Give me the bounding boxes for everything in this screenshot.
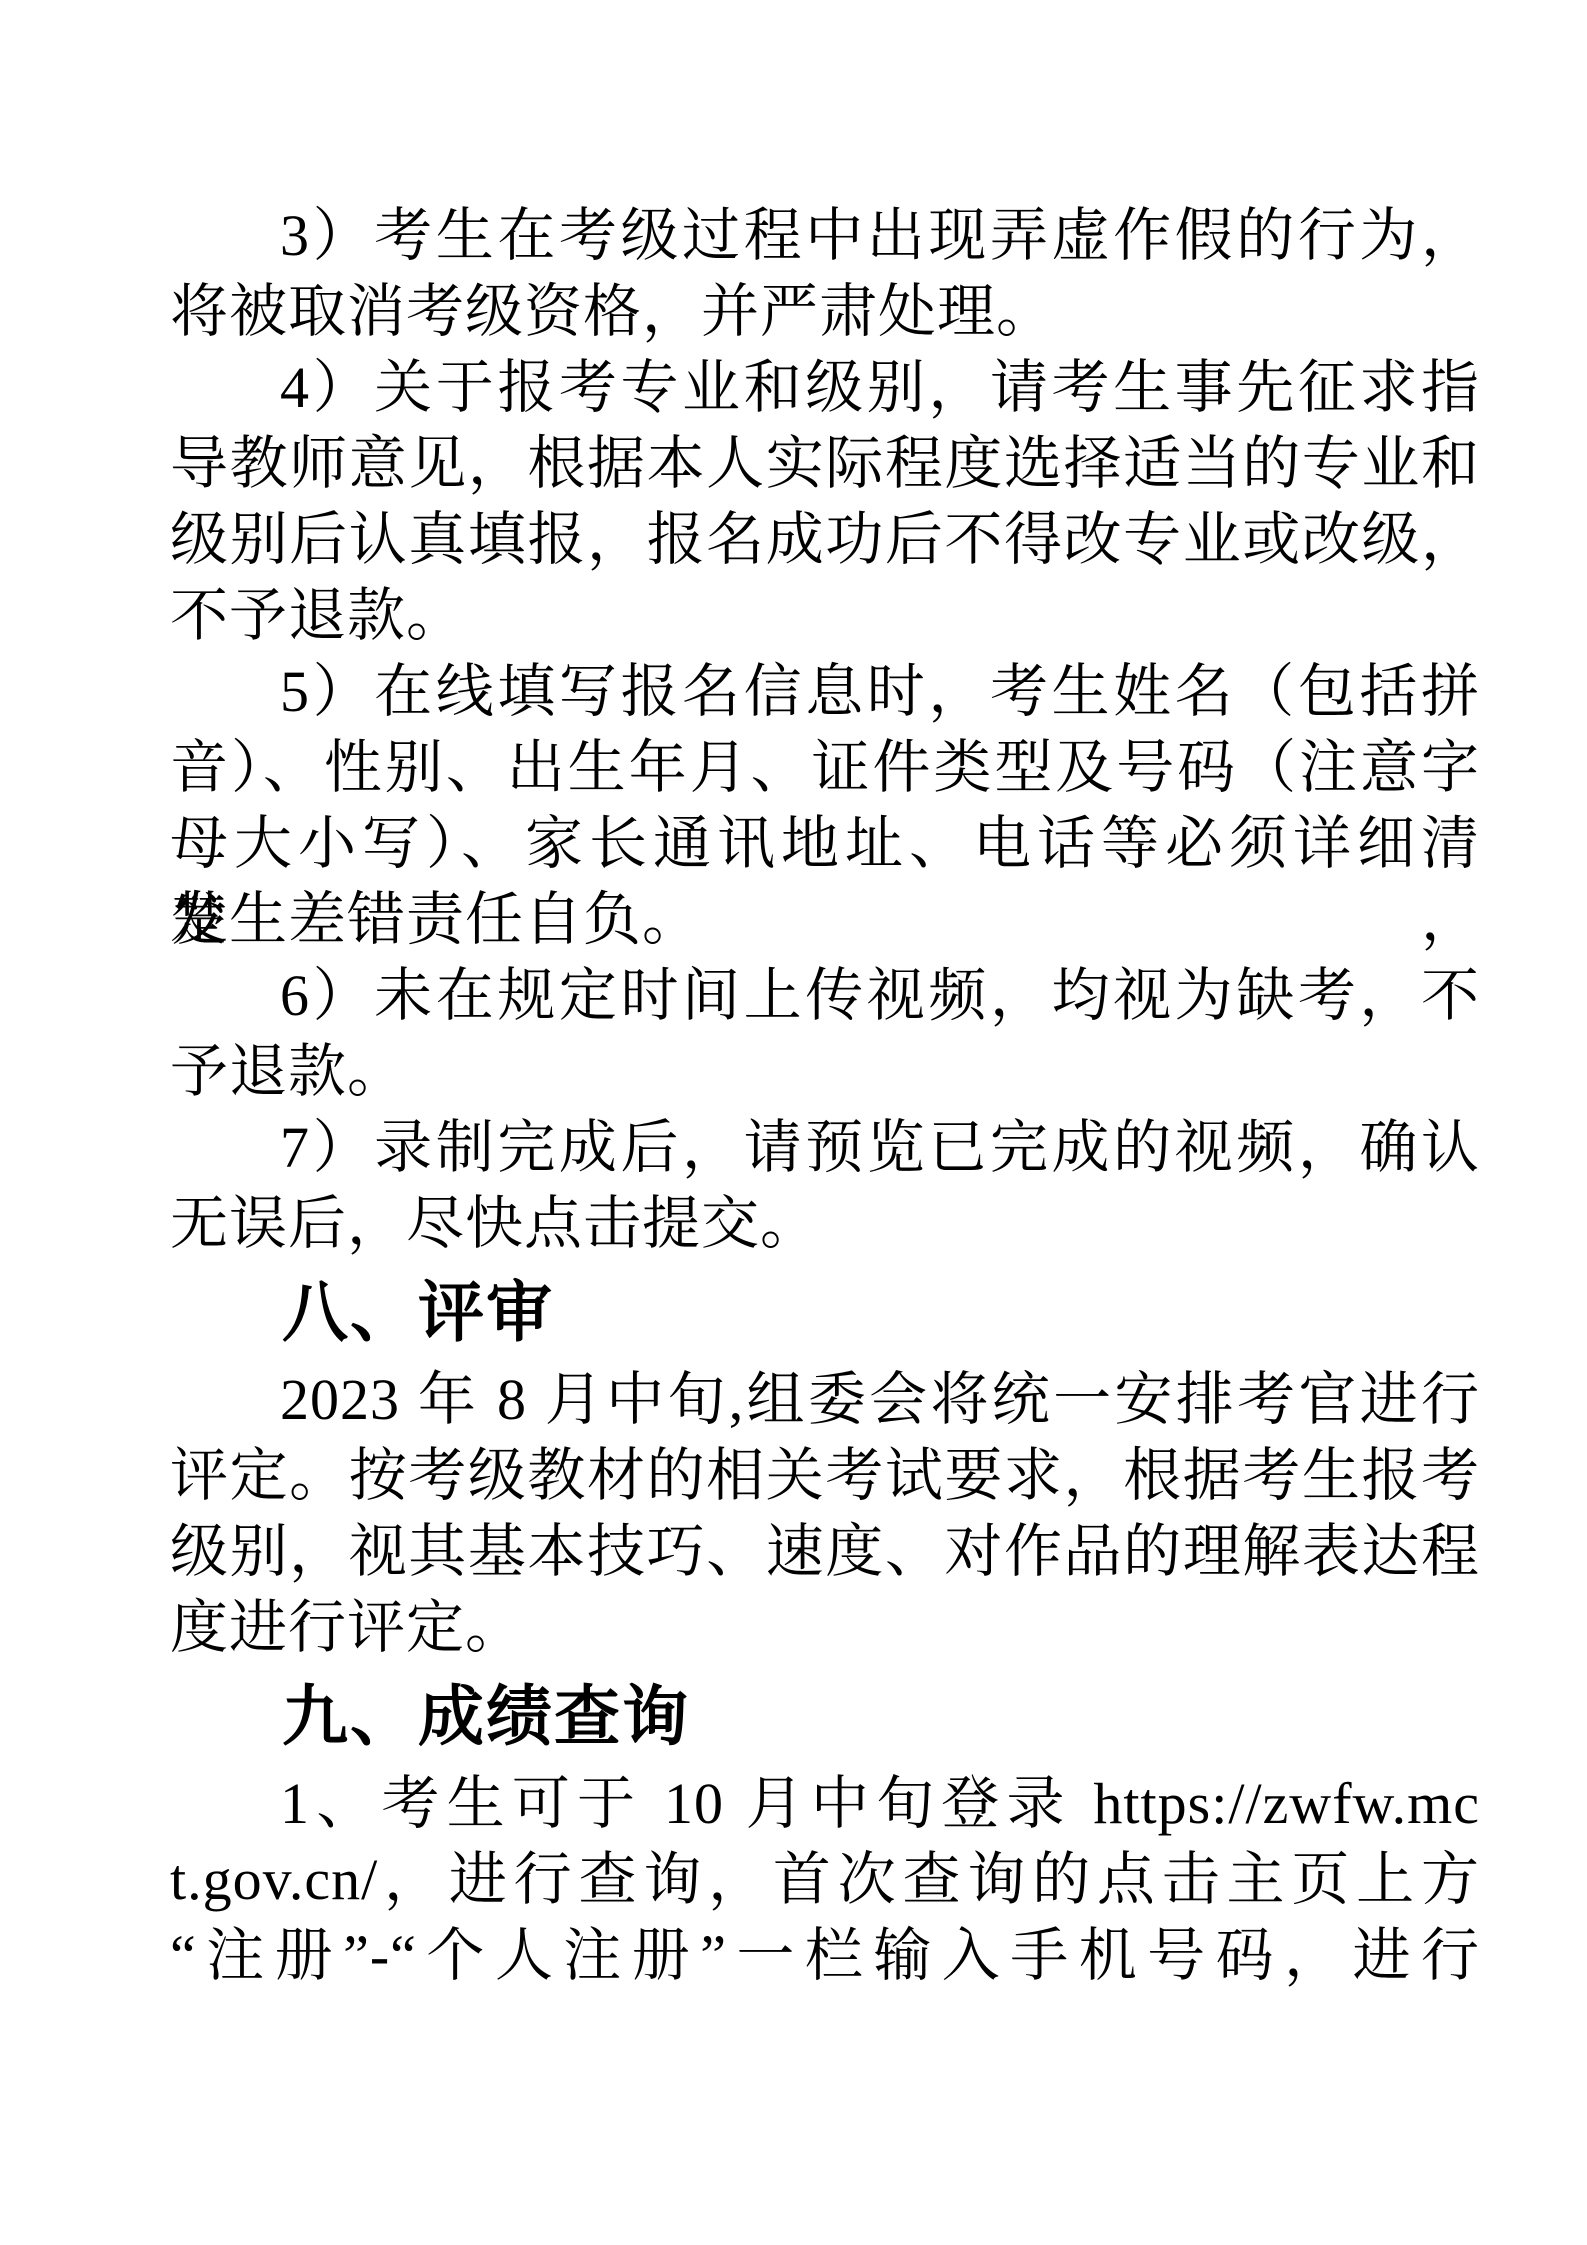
paragraph-item-6: 6）未在规定时间上传视频，均视为缺考，不 予退款。	[170, 958, 1480, 1110]
paragraph-item-5: 5）在线填写报名信息时，考生姓名（包括拼 音）、性别、出生年月、证件类型及号码（…	[170, 654, 1480, 958]
document-line: 予退款。	[170, 1034, 1480, 1110]
document-line: 7）录制完成后，请预览已完成的视频，确认	[170, 1110, 1480, 1186]
paragraph-item-3: 3）考生在考级过程中出现弄虚作假的行为， 将被取消考级资格，并严肃处理。	[170, 198, 1480, 350]
document-line: 2023 年 8 月中旬,组委会将统一安排考官进行	[170, 1362, 1480, 1438]
document-line: 级别后认真填报，报名成功后不得改专业或改级，	[170, 502, 1480, 578]
document-line: 无误后，尽快点击提交。	[170, 1186, 1480, 1262]
document-line: 母大小写）、家长通讯地址、电话等必须详细清楚，	[170, 806, 1480, 882]
document-line: t.gov.cn/，进行查询，首次查询的点击主页上方	[170, 1842, 1480, 1918]
document-line: 不予退款。	[170, 578, 1480, 654]
document-line: 导教师意见，根据本人实际程度选择适当的专业和	[170, 426, 1480, 502]
document-line: “注册”-“个人注册”一栏输入手机号码，进行	[170, 1918, 1480, 1994]
paragraph-item-4: 4）关于报考专业和级别，请考生事先征求指 导教师意见，根据本人实际程度选择适当的…	[170, 350, 1480, 654]
document-line: 3）考生在考级过程中出现弄虚作假的行为，	[170, 198, 1480, 274]
document-line: 音）、性别、出生年月、证件类型及号码（注意字	[170, 730, 1480, 806]
document-line: 级别，视其基本技巧、速度、对作品的理解表达程	[170, 1514, 1480, 1590]
document-line: 度进行评定。	[170, 1590, 1480, 1666]
document-line: 5）在线填写报名信息时，考生姓名（包括拼	[170, 654, 1480, 730]
paragraph-section-8-body: 2023 年 8 月中旬,组委会将统一安排考官进行 评定。按考级教材的相关考试要…	[170, 1362, 1480, 1666]
document-line: 4）关于报考专业和级别，请考生事先征求指	[170, 350, 1480, 426]
document-line: 1、考生可于 10 月中旬登录 https://zwfw.mc	[170, 1766, 1480, 1842]
document-line: 6）未在规定时间上传视频，均视为缺考，不	[170, 958, 1480, 1034]
paragraph-item-7: 7）录制完成后，请预览已完成的视频，确认 无误后，尽快点击提交。	[170, 1110, 1480, 1262]
paragraph-section-9-body: 1、考生可于 10 月中旬登录 https://zwfw.mc t.gov.cn…	[170, 1766, 1480, 1994]
document-line: 将被取消考级资格，并严肃处理。	[170, 274, 1480, 350]
document-page: 3）考生在考级过程中出现弄虚作假的行为， 将被取消考级资格，并严肃处理。 4）关…	[0, 0, 1587, 2245]
section-heading-9: 九、成绩查询	[170, 1666, 1480, 1766]
section-heading-8: 八、评审	[170, 1262, 1480, 1362]
document-line: 评定。按考级教材的相关考试要求，根据考生报考	[170, 1438, 1480, 1514]
